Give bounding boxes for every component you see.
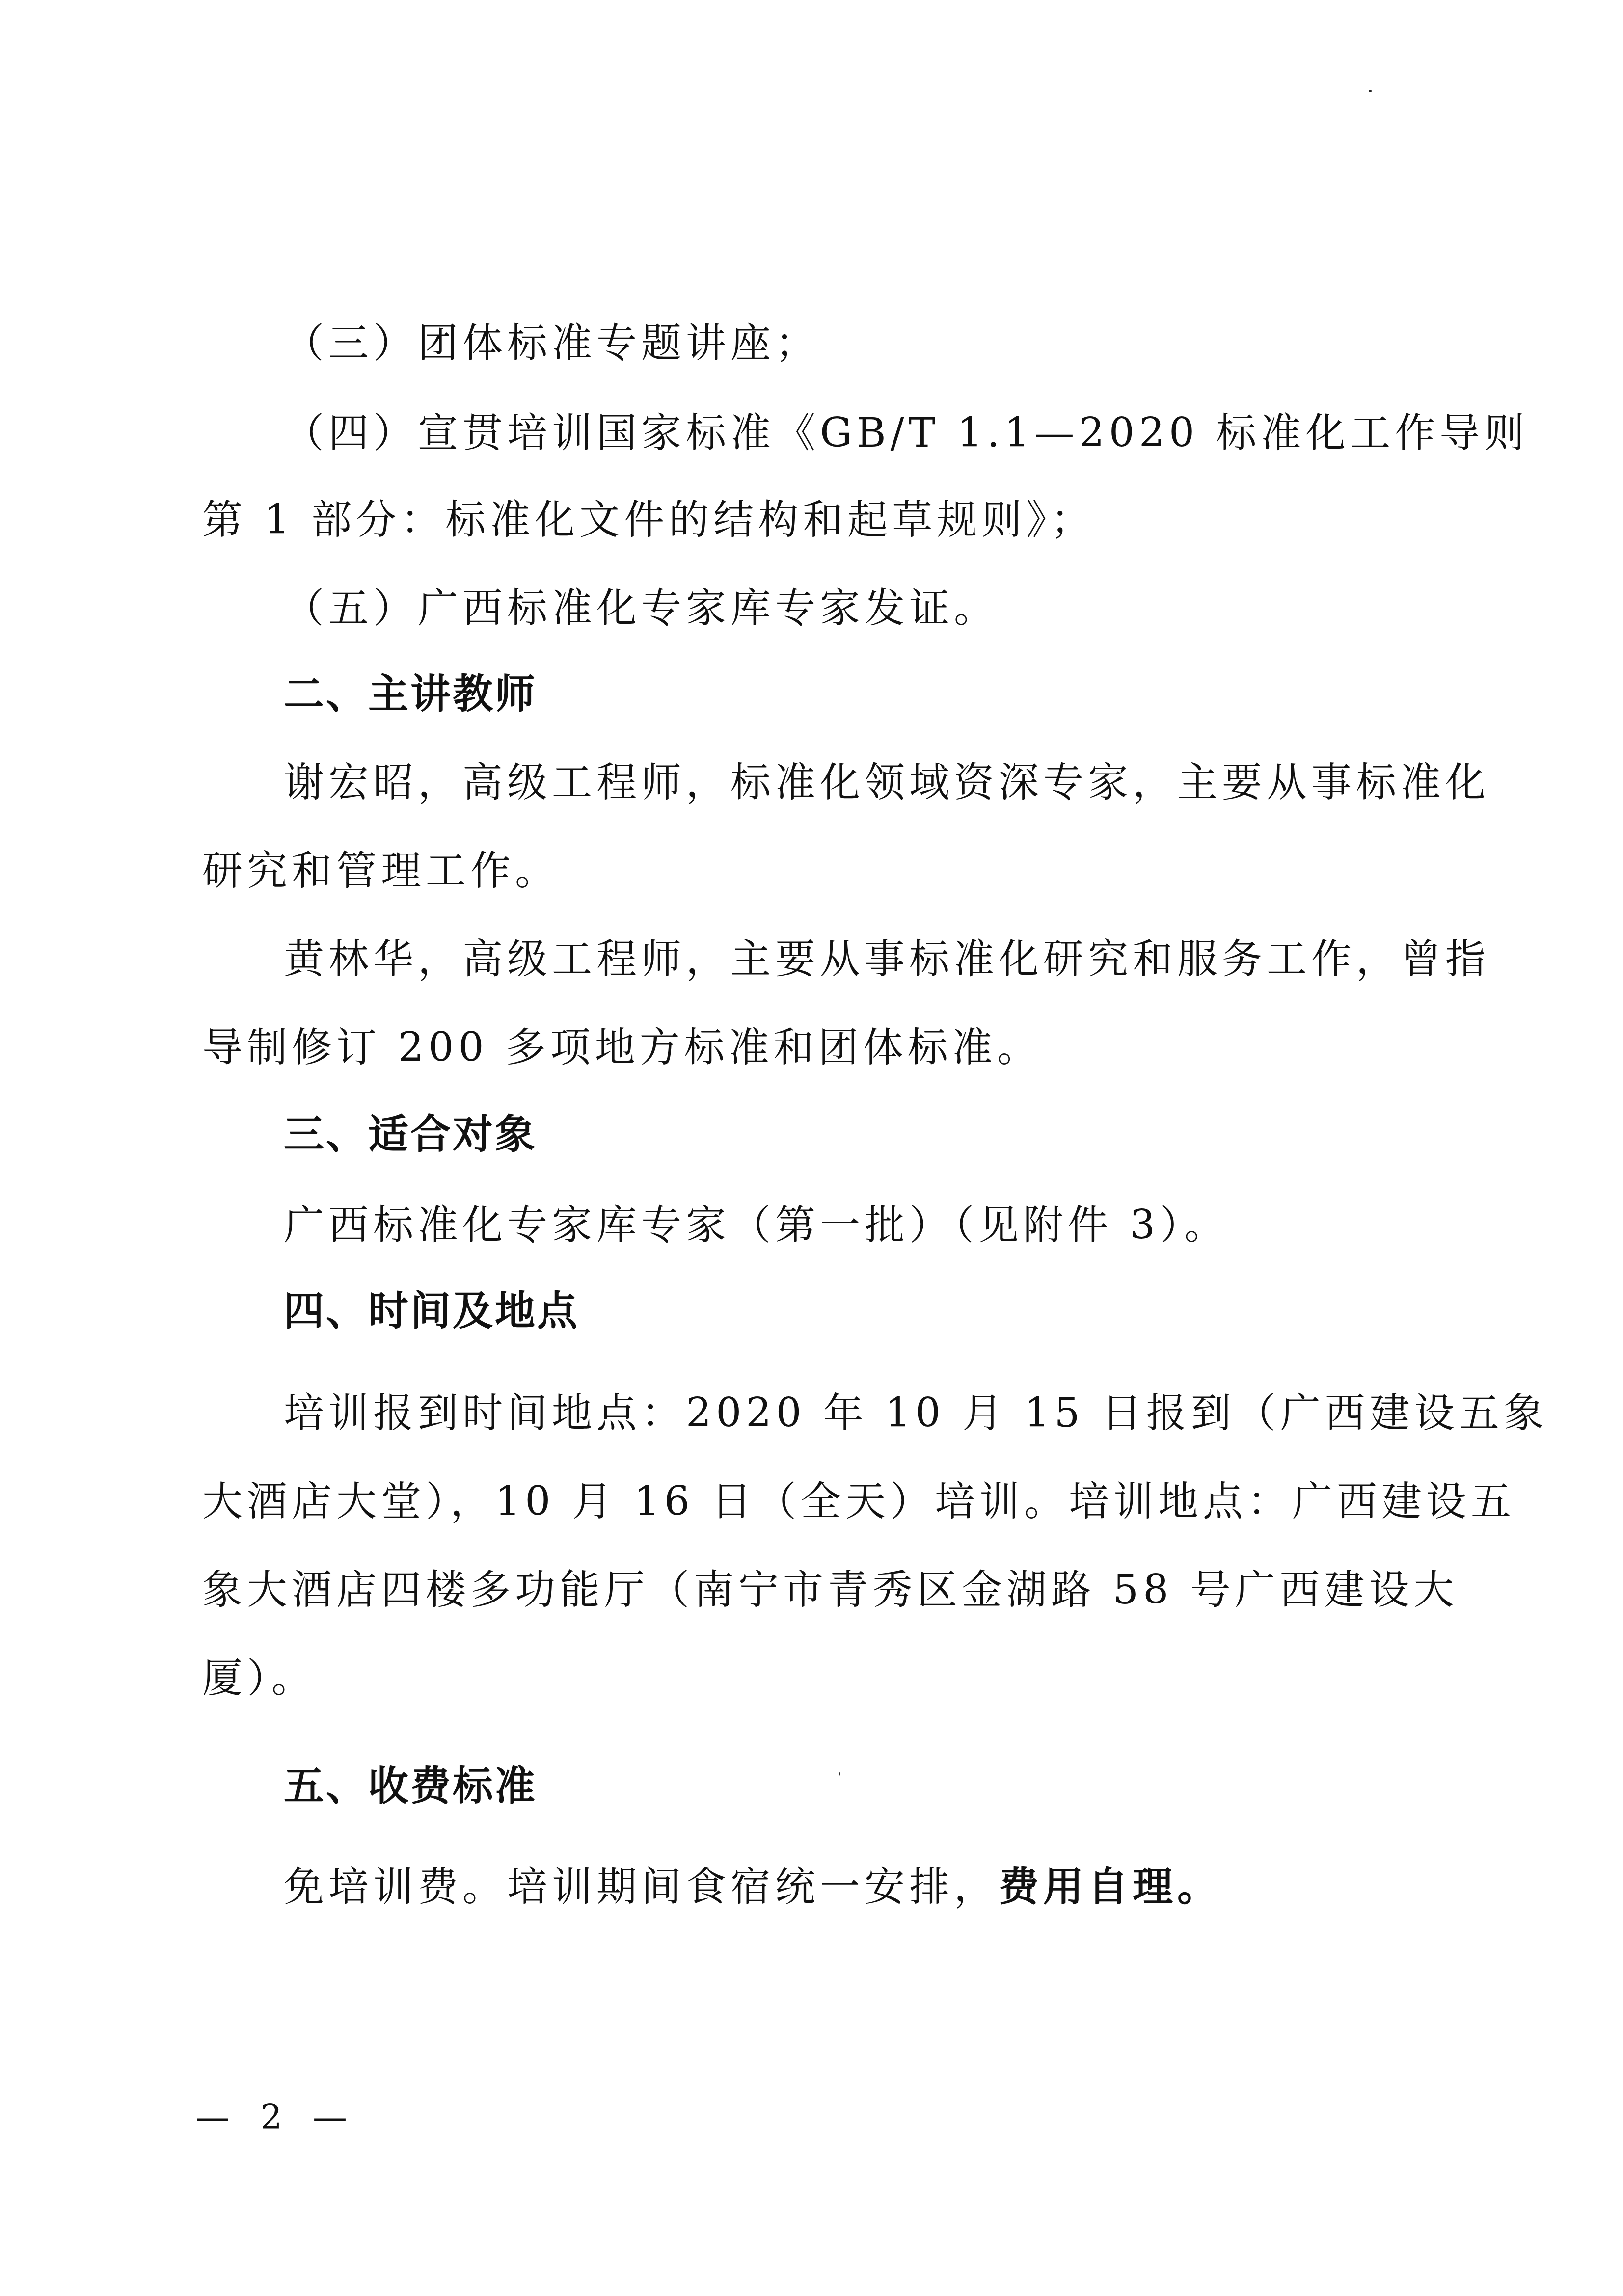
lecturer-1-line-1: 谢宏昭，高级工程师，标准化领域资深专家，主要从事标准化 xyxy=(284,758,1410,807)
time-location-line-3: 象大酒店四楼多功能厅（南宁市青秀区金湖路 58 号广西建设大 xyxy=(202,1566,1410,1615)
fees-text: 免培训费。培训期间食宿统一安排，费用自理。 xyxy=(284,1863,1491,1912)
page-number: — 2 — xyxy=(195,2095,357,2139)
list-item-4-line-2: 第 1 部分：标准化文件的结构和起草规则》； xyxy=(202,496,1410,545)
section-heading-fees: 五、收费标准 xyxy=(284,1762,1491,1811)
section-heading-time-location: 四、时间及地点 xyxy=(284,1287,1491,1336)
time-location-line-2: 大酒店大堂），10 月 16 日（全天）培训。培训地点：广西建设五 xyxy=(202,1477,1410,1526)
list-item-4-line-1: （四）宣贯培训国家标准《GB/T 1.1—2020 标准化工作导则 xyxy=(284,409,1410,458)
list-item-3: （三）团体标准专题讲座； xyxy=(284,319,1491,368)
scan-speck-mark xyxy=(1369,90,1372,92)
time-location-line-1: 培训报到时间地点：2020 年 10 月 15 日报到（广西建设五象 xyxy=(284,1389,1410,1438)
list-item-5: （五）广西标准化专家库专家发证。 xyxy=(284,584,1491,633)
document-page: （三）团体标准专题讲座； （四）宣贯培训国家标准《GB/T 1.1—2020 标… xyxy=(0,0,1623,2296)
section-heading-lecturers: 二、主讲教师 xyxy=(284,670,1491,719)
section-heading-audience: 三、适合对象 xyxy=(284,1110,1491,1159)
scan-speck-mark xyxy=(839,1772,840,1776)
time-location-line-4: 厦）。 xyxy=(202,1654,1410,1703)
lecturer-2-line-1: 黄林华，高级工程师，主要从事标准化研究和服务工作，曾指 xyxy=(284,935,1410,984)
scan-speck-mark xyxy=(1420,1409,1422,1413)
lecturer-1-line-2: 研究和管理工作。 xyxy=(202,847,1410,896)
audience-text: 广西标准化专家库专家（第一批）（见附件 3）。 xyxy=(284,1201,1491,1250)
fees-text-bold: 费用自理。 xyxy=(999,1864,1222,1910)
lecturer-2-line-2: 导制修订 200 多项地方标准和团体标准。 xyxy=(202,1023,1410,1072)
fees-text-normal: 免培训费。培训期间食宿统一安排， xyxy=(284,1864,999,1910)
